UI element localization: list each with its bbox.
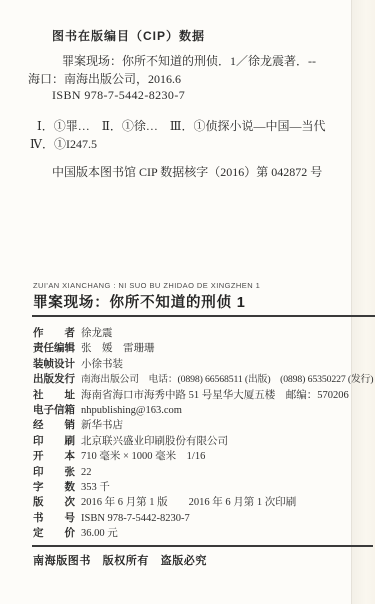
divider-top	[32, 315, 375, 317]
colophon-label: 开本	[33, 448, 75, 463]
colophon-label: 社址	[33, 387, 75, 402]
colophon-table: 作者 徐龙震 责任编辑 张 媛 雷珊珊 装帧设计 小徐书装 出版发行 南海出版公…	[33, 325, 375, 540]
colophon-row-format: 开本 710 毫米 × 1000 毫米 1/16	[33, 448, 375, 463]
colophon-label: 经销	[33, 417, 75, 432]
colophon-value: 张 媛 雷珊珊	[81, 340, 155, 355]
colophon-row-email: 电子信箱 nhpublishing@163.com	[33, 402, 375, 417]
colophon-label: 字数	[33, 479, 75, 494]
colophon-value: 徐龙震	[81, 325, 113, 340]
colophon-row-price: 定价 36.00 元	[33, 525, 375, 540]
colophon-label: 电子信箱	[33, 402, 75, 417]
colophon-row-wordcount: 字数 353 千	[33, 479, 375, 494]
colophon-label: 书号	[33, 510, 75, 525]
colophon-value: 710 毫米 × 1000 毫米 1/16	[81, 448, 205, 463]
colophon-value: 2016 年 6 月第 1 版 2016 年 6 月第 1 次印刷	[81, 494, 296, 509]
colophon-label: 装帧设计	[33, 356, 75, 371]
colophon-row-design: 装帧设计 小徐书装	[33, 356, 375, 371]
colophon-value: 小徐书装	[81, 356, 123, 371]
cip-record-number-line: 中国版本图书馆 CIP 数据核字（2016）第 042872 号	[52, 163, 322, 180]
cip-entry-line-1: 罪案现场：你所不知道的刑侦．1／徐龙震著．--	[62, 52, 316, 69]
colophon-value: nhpublishing@163.com	[81, 405, 182, 416]
colophon-label: 出版发行	[33, 371, 75, 386]
colophon-row-printer: 印刷 北京联兴盛业印刷股份有限公司	[33, 433, 375, 448]
colophon-row-sheets: 印张 22	[33, 464, 375, 479]
cip-classification-line-2: Ⅳ．①I247.5	[30, 135, 97, 152]
colophon-row-author: 作者 徐龙震	[33, 325, 375, 340]
colophon-label: 作者	[33, 325, 75, 340]
colophon-row-publisher: 出版发行 南海出版公司 电话：(0898) 66568511 (出版) (089…	[33, 371, 375, 386]
cip-entry-line-2: 海口：南海出版公司，2016.6	[28, 70, 181, 87]
colophon-value: 北京联兴盛业印刷股份有限公司	[81, 433, 228, 448]
colophon-value: 353 千	[81, 479, 110, 494]
colophon-row-distributor: 经销 新华书店	[33, 417, 375, 432]
colophon-row-isbn: 书号 ISBN 978-7-5442-8230-7	[33, 510, 375, 525]
divider-bottom	[32, 545, 373, 547]
colophon-label: 版次	[33, 494, 75, 509]
copyright-notice: 南海版图书 版权所有 盗版必究	[33, 552, 207, 568]
cip-classification-line-1: Ⅰ．①罪… Ⅱ．①徐… Ⅲ．①侦探小说—中国—当代	[37, 117, 325, 134]
colophon-value: ISBN 978-7-5442-8230-7	[81, 513, 190, 524]
colophon-label: 责任编辑	[33, 340, 75, 355]
colophon-label: 印刷	[33, 433, 75, 448]
cip-isbn-line: ISBN 978-7-5442-8230-7	[52, 88, 185, 103]
title-pinyin: ZUI'AN XIANCHANG : NI SUO BU ZHIDAO DE X…	[33, 281, 260, 290]
book-title: 罪案现场：你所不知道的刑侦 1	[33, 291, 246, 312]
colophon-label: 印张	[33, 464, 75, 479]
colophon-row-address: 社址 海南省海口市海秀中路 51 号星华大厦五楼 邮编：570206	[33, 387, 375, 402]
colophon-value: 南海出版公司 电话：(0898) 66568511 (出版) (0898) 65…	[81, 371, 373, 385]
copyright-page: 图书在版编目（CIP）数据 罪案现场：你所不知道的刑侦．1／徐龙震著．-- 海口…	[0, 0, 375, 604]
colophon-row-edition: 版次 2016 年 6 月第 1 版 2016 年 6 月第 1 次印刷	[33, 494, 375, 509]
colophon-value: 新华书店	[81, 417, 123, 432]
colophon-label: 定价	[33, 525, 75, 540]
colophon-value: 22	[81, 467, 92, 478]
colophon-row-editor: 责任编辑 张 媛 雷珊珊	[33, 340, 375, 355]
colophon-value: 36.00 元	[81, 525, 118, 540]
cip-heading: 图书在版编目（CIP）数据	[52, 27, 205, 44]
colophon-value: 海南省海口市海秀中路 51 号星华大厦五楼 邮编：570206	[81, 387, 349, 402]
